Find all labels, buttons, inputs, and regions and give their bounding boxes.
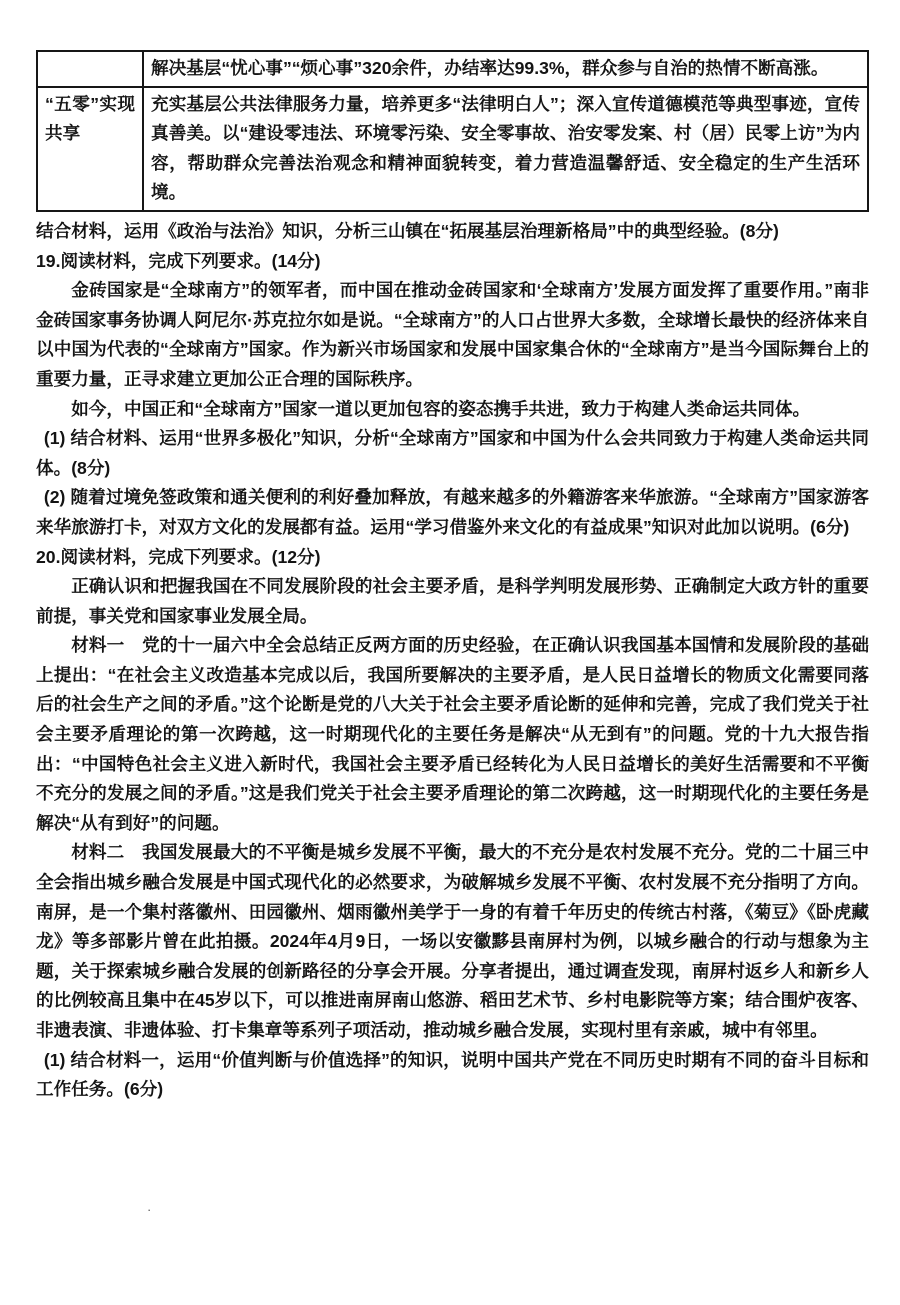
q20-header: 20.阅读材料，完成下列要求。(12分) (36, 543, 869, 573)
q18-instruction: 结合材料，运用《政治与法治》知识，分析三山镇在“拓展基层治理新格局”中的典型经验… (36, 217, 869, 247)
q20-sub-question-1: (1) 结合材料一，运用“价值判断与价值选择”的知识，说明中国共产党在不同历史时… (36, 1046, 869, 1105)
q20-material-1: 材料一 党的十一届六中全会总结正反两方面的历史经验，在正确认识我国基本国情和发展… (36, 631, 869, 838)
q19-material-para-2: 如今，中国正和“全球南方”国家一道以更加包容的姿态携手共进，致力于构建人类命运共… (36, 395, 869, 425)
q20-material-2: 材料二 我国发展最大的不平衡是城乡发展不平衡，最大的不充分是农村发展不充分。党的… (36, 838, 869, 1045)
row-label-cell: “五零”实现共享 (37, 87, 143, 211)
table-row: 解决基层“忧心事”“烦心事”320余件，办结率达99.3%，群众参与自治的热情不… (37, 51, 868, 87)
q19-material-para-1: 金砖国家是“全球南方”的领军者，而中国在推动金砖国家和‘全球南方’发展方面发挥了… (36, 276, 869, 394)
exam-page-body: 解决基层“忧心事”“烦心事”320余件，办结率达99.3%，群众参与自治的热情不… (36, 50, 869, 1105)
row-content-cell: 解决基层“忧心事”“烦心事”320余件，办结率达99.3%，群众参与自治的热情不… (143, 51, 868, 87)
q19-header: 19.阅读材料，完成下列要求。(14分) (36, 247, 869, 277)
table-row: “五零”实现共享 充实基层公共法律服务力量，培养更多“法律明白人”；深入宣传道德… (37, 87, 868, 211)
five-zero-governance-table: 解决基层“忧心事”“烦心事”320余件，办结率达99.3%，群众参与自治的热情不… (36, 50, 869, 212)
row-content-cell: 充实基层公共法律服务力量，培养更多“法律明白人”；深入宣传道德模范等典型事迹，宣… (143, 87, 868, 211)
stray-mark: · (147, 1203, 151, 1216)
q19-sub-question-2: (2) 随着过境免签政策和通关便利的利好叠加释放，有越来越多的外籍游客来华旅游。… (36, 483, 869, 542)
q20-intro: 正确认识和把握我国在不同发展阶段的社会主要矛盾，是科学判明发展形势、正确制定大政… (36, 572, 869, 631)
row-label-cell (37, 51, 143, 87)
exam-scan-page: { "doc": { "table": { "row1": { "label":… (0, 0, 900, 1305)
exam-text-flow: 结合材料，运用《政治与法治》知识，分析三山镇在“拓展基层治理新格局”中的典型经验… (36, 212, 869, 1105)
q19-sub-question-1: (1) 结合材料、运用“世界多极化”知识，分析“全球南方”国家和中国为什么会共同… (36, 424, 869, 483)
